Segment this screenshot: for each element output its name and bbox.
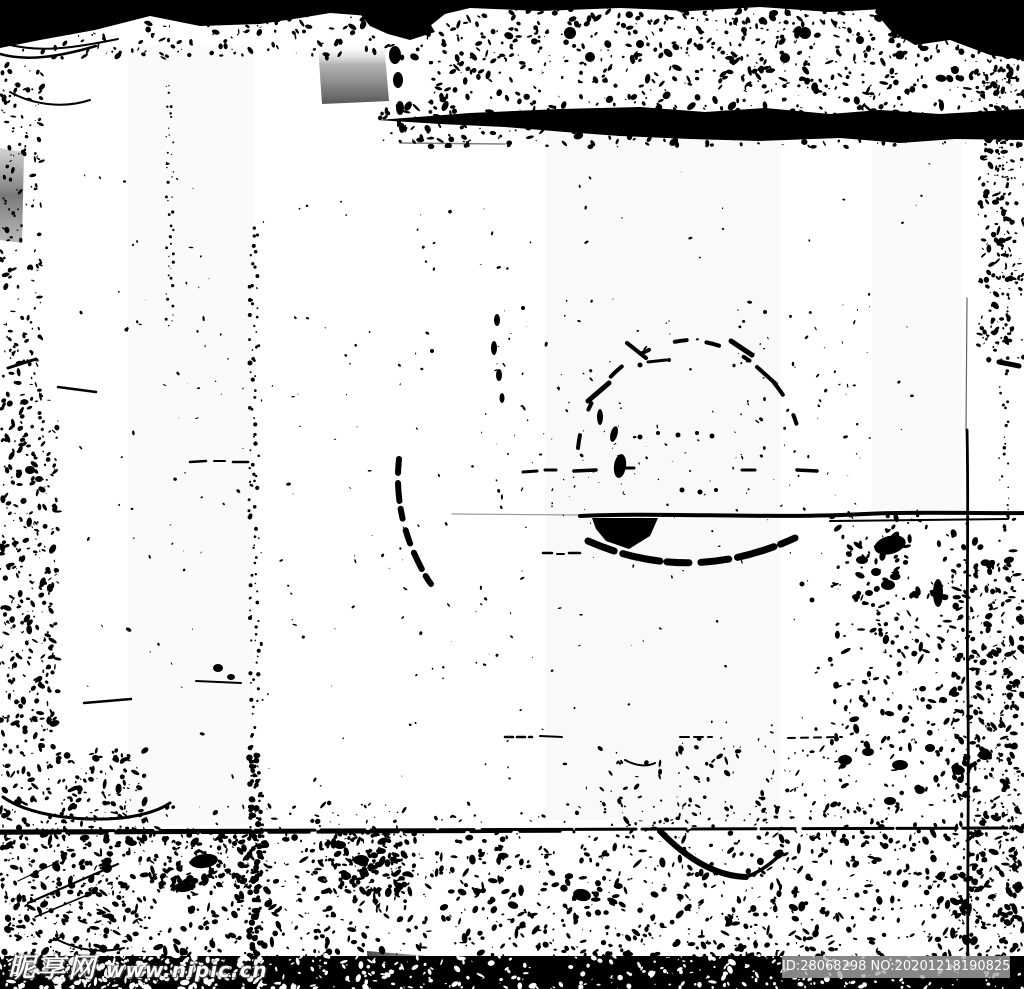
watermark-site: 昵享网 www.nipic.cn	[8, 946, 268, 985]
grunge-texture-image: 昵享网 www.nipic.cn ID:28068298 NO:20201218…	[0, 0, 1024, 989]
texture-canvas	[0, 0, 1024, 989]
watermark-site-name: 昵享网	[8, 946, 98, 985]
watermark-id-text: ID:28068298 NO:20201218190825534088	[782, 959, 1010, 974]
watermark-id-strip: ID:28068298 NO:20201218190825534088	[782, 956, 1010, 978]
watermark-site-url: www.nipic.cn	[106, 958, 268, 982]
